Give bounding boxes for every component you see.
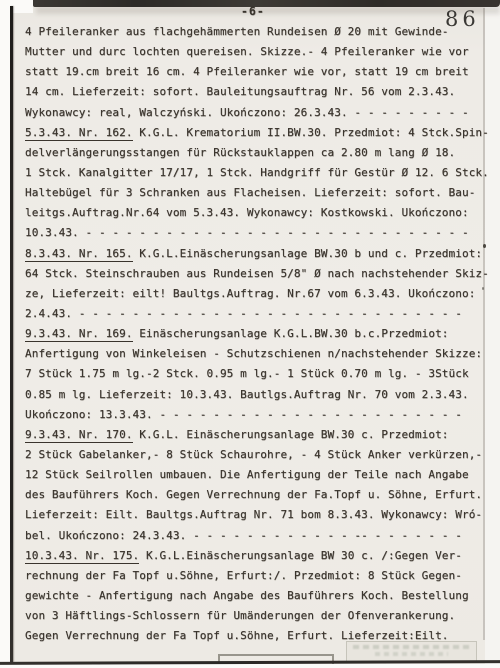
line-text: Wykonawcy: real, Walczyński. Ukończono: … [25,106,469,119]
line-text: 64 Stck. Steinschrauben aus Rundeisen 5/… [25,267,489,280]
scan-speck [483,244,486,248]
text-line: 0.85 m lg. Lieferzeit: 10.3.43. Bautlgs.… [25,385,485,405]
scan-speck [482,287,484,290]
text-line: leitgs.Auftrag.Nr.64 vom 5.3.43. Wykonaw… [25,203,485,223]
scan-top-edge [33,0,500,7]
folio-number: 86 [445,7,480,31]
line-text: Anfertigung von Winkeleisen - Schutzschi… [25,347,482,360]
text-line: 10.3.43. Nr. 175. K.G.L.Einäscherungsanl… [25,546,485,566]
text-line: statt 19.cm breit 16 cm. 4 Pfeileranker … [25,62,485,82]
line-text: delverlängerungsstangen für Rückstauklap… [25,146,455,159]
line-text: Lieferzeit: Eilt. Baultgs.Auftrag Nr. 71… [25,508,482,521]
line-text: Ukończono: 13.3.43. - - - - - - - - - - … [25,408,462,421]
entry-header: 9.3.43. Nr. 170. [25,428,133,443]
line-text: Einäscherungsanlage K.G.L.BW.30 b.c.Prze… [133,327,449,340]
text-line: 4 Pfeileranker aus flachgehämmerten Rund… [25,22,485,42]
line-text: 0.85 m lg. Lieferzeit: 10.3.43. Bautlgs.… [25,388,469,401]
text-line: 64 Stck. Steinschrauben aus Rundeisen 5/… [25,264,485,284]
text-line: Anfertigung von Winkeleisen - Schutzschi… [25,344,485,364]
text-line: Wykonawcy: real, Walczyński. Ukończono: … [25,103,485,123]
document-page: -6- 86 4 Pfeileranker aus flachgehämmert… [0,0,500,668]
line-text: 7 Stück 1.75 m lg.-2 Stck. 0.95 m lg.- 1… [25,367,469,380]
faint-stamp-smear [375,652,448,656]
text-line: 2 Stück Gabelanker,- 8 Stück Schaurohre,… [25,445,485,465]
line-text: 12 Stück Seilrollen umbauen. Die Anferti… [25,468,469,481]
text-line: 12 Stück Seilrollen umbauen. Die Anferti… [25,465,485,485]
text-line: 1 Stck. Kanalgitter 17/17, 1 Stck. Handg… [25,163,485,183]
line-text: 4 Pfeileranker aus flachgehämmerten Rund… [25,25,449,38]
scan-left-edge [10,6,13,662]
entry-header: 9.3.43. Nr. 169. [25,327,133,342]
line-text: ze, Lieferzeit: eilt! Baultgs.Auftrag. N… [25,287,475,300]
document-lines: 4 Pfeileranker aus flachgehämmerten Rund… [25,22,485,646]
scan-left-margin [0,0,10,668]
line-text: 1 Stck. Kanalgitter 17/17, 1 Stck. Handg… [25,166,489,179]
line-text: rechnung der Fa Topf u.Söhne, Erfurt:/. … [25,569,462,582]
scan-right-margin [485,7,500,668]
entry-header: 5.3.43. Nr. 162. [25,126,133,141]
entry-header: 8.3.43. Nr. 165. [25,247,133,262]
text-line: von 3 Häftlings-Schlossern für Umänderun… [25,606,485,626]
line-text: K.G.L. Einäscherungsanlage BW.30 c. Prze… [133,428,449,441]
line-text: K.G.L.Einäscherungsanlage BW 30 c. /:Geg… [139,549,462,562]
text-line: 10.3.43. - - - - - - - - - - - - - - - -… [25,223,485,243]
line-text: statt 19.cm breit 16 cm. 4 Pfeileranker … [25,65,469,78]
text-line: 7 Stück 1.75 m lg.-2 Stck. 0.95 m lg.- 1… [25,364,485,384]
text-line: Lieferzeit: Eilt. Baultgs.Auftrag Nr. 71… [25,505,485,525]
faint-stamp-smear [353,645,470,649]
faint-stamp-box [346,641,477,662]
text-line: 2.4.43. - - - - - - - - - - - - - - - - … [25,304,485,324]
scan-top-left-corner [0,0,33,13]
line-text: 10.3.43. - - - - - - - - - - - - - - - -… [25,226,469,239]
line-text: bel. Ukończono: 24.3.43. - - - - - - - -… [25,529,462,542]
line-text: leitgs.Auftrag.Nr.64 vom 5.3.43. Wykonaw… [25,206,469,219]
text-line: gewichte - Anfertigung nach Angabe des B… [25,586,485,606]
entry-header: 10.3.43. Nr. 175. [25,549,139,564]
line-text: 2 Stück Gabelanker,- 8 Stück Schaurohre,… [25,448,482,461]
text-line: rechnung der Fa Topf u.Söhne, Erfurt:/. … [25,566,485,586]
line-text: K.G.L. Krematorium II.BW.30. Przedmiot: … [133,126,489,139]
line-text: Mutter und durc lochten quereisen. Skizz… [25,45,469,58]
text-line: bel. Ukończono: 24.3.43. - - - - - - - -… [25,526,485,546]
line-text: von 3 Häftlings-Schlossern für Umänderun… [25,609,455,622]
scan-top-edge-shadow [36,6,500,14]
text-line: des Bauführers Koch. Gegen Verrechnung d… [25,485,485,505]
text-line: Mutter und durc lochten quereisen. Skizz… [25,42,485,62]
page-number: -6- [241,4,265,18]
text-line: 5.3.43. Nr. 162. K.G.L. Krematorium II.B… [25,123,485,143]
text-line: 9.3.43. Nr. 169. Einäscherungsanlage K.G… [25,324,485,344]
text-line: 9.3.43. Nr. 170. K.G.L. Einäscherungsanl… [25,425,485,445]
text-line: Ukończono: 13.3.43. - - - - - - - - - - … [25,405,485,425]
text-line: ze, Lieferzeit: eilt! Baultgs.Auftrag. N… [25,284,485,304]
text-line: delverlängerungsstangen für Rückstauklap… [25,143,485,163]
line-text: gewichte - Anfertigung nach Angabe des B… [25,589,469,602]
text-line: Haltebügel für 3 Schranken aus Flacheise… [25,183,485,203]
line-text: Haltebügel für 3 Schranken aus Flacheise… [25,186,475,199]
line-text: 14 cm. Lieferzeit: sofort. Bauleitungsau… [25,85,455,98]
text-line: 14 cm. Lieferzeit: sofort. Bauleitungsau… [25,82,485,102]
line-text: des Bauführers Koch. Gegen Verrechnung d… [25,488,482,501]
line-text: K.G.L.Einäscherungsanlage BW.30 b und c.… [133,247,483,260]
line-text: 2.4.43. - - - - - - - - - - - - - - - - … [25,307,462,320]
text-line: 8.3.43. Nr. 165. K.G.L.Einäscherungsanla… [25,244,485,264]
